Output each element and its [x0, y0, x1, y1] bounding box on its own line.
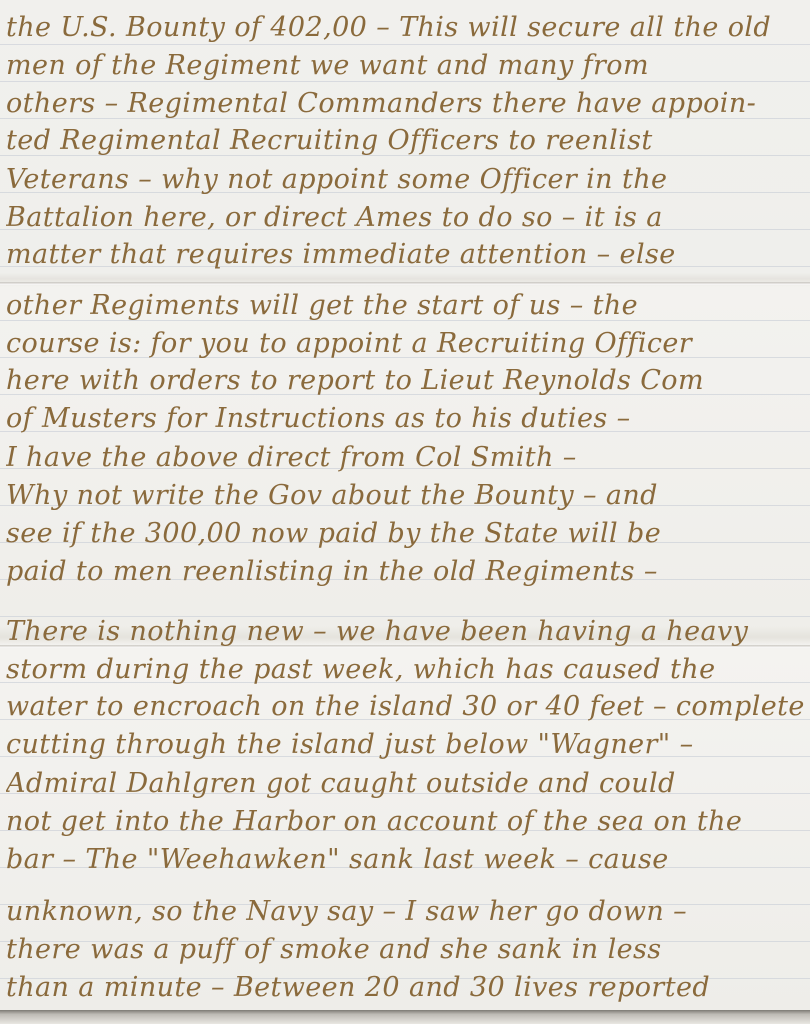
handwriting-line: paid to men reenlisting in the old Regim…	[6, 554, 804, 590]
handwriting-line: storm during the past week, which has ca…	[6, 652, 804, 688]
handwriting-line: ted Regimental Recruiting Officers to re…	[6, 123, 804, 159]
handwriting-line: men of the Regiment we want and many fro…	[6, 48, 804, 84]
handwriting-line: unknown, so the Navy say – I saw her go …	[6, 894, 804, 930]
page-bottom-edge	[0, 1010, 810, 1024]
handwriting-line: course is: for you to appoint a Recruiti…	[6, 326, 804, 362]
handwriting-line: there was a puff of smoke and she sank i…	[6, 932, 804, 968]
handwriting-line: of Musters for Instructions as to his du…	[6, 401, 804, 437]
handwriting-line: cutting through the island just below "W…	[6, 727, 804, 763]
handwriting-line: others – Regimental Commanders there hav…	[6, 86, 804, 122]
handwriting-line: water to encroach on the island 30 or 40…	[6, 689, 804, 725]
handwriting-line: see if the 300,00 now paid by the State …	[6, 516, 804, 552]
handwriting-line: Veterans – why not appoint some Officer …	[6, 162, 804, 198]
handwriting-line: bar – The "Weehawken" sank last week – c…	[6, 842, 804, 878]
paper-fold	[0, 282, 810, 285]
handwriting-line: I have the above direct from Col Smith –	[6, 440, 804, 476]
handwriting-line: Battalion here, or direct Ames to do so …	[6, 200, 804, 236]
handwriting-line: not get into the Harbor on account of th…	[6, 804, 804, 840]
handwriting-line: the U.S. Bounty of 402,00 – This will se…	[6, 10, 804, 46]
handwriting-line: matter that requires immediate attention…	[6, 237, 804, 273]
handwriting-line: There is nothing new – we have been havi…	[6, 614, 804, 650]
handwriting-line: here with orders to report to Lieut Reyn…	[6, 363, 804, 399]
handwriting-line: Admiral Dahlgren got caught outside and …	[6, 766, 804, 802]
handwriting-line: Why not write the Gov about the Bounty –…	[6, 478, 804, 514]
letter-page: the U.S. Bounty of 402,00 – This will se…	[0, 0, 810, 1010]
handwriting-line: other Regiments will get the start of us…	[6, 288, 804, 324]
handwriting-line: than a minute – Between 20 and 30 lives …	[6, 970, 804, 1006]
